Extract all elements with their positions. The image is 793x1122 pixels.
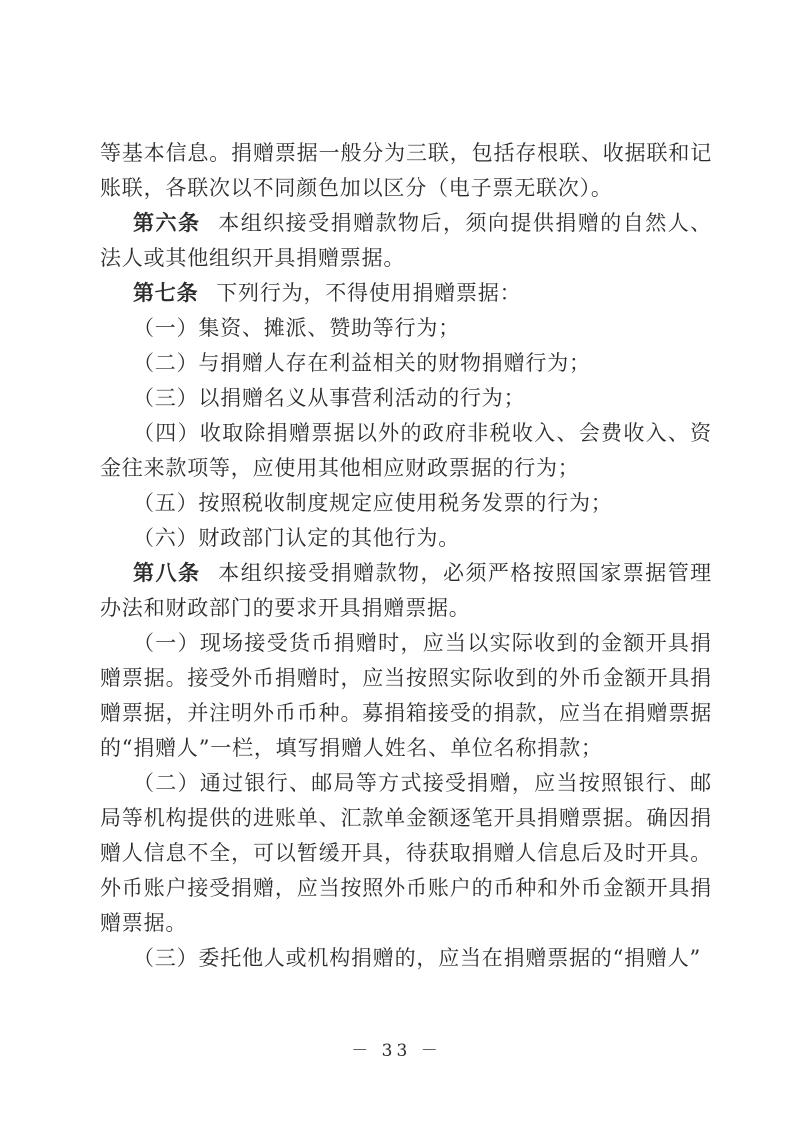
article-heading: 第六条 — [133, 211, 200, 235]
paragraph: 第七条下列行为，不得使用捐赠票据： — [100, 276, 712, 311]
paragraph: （一）现场接受货币捐赠时，应当以实际收到的金额开具捐赠票据。接受外币捐赠时，应当… — [100, 626, 712, 766]
paragraph: （一）集资、摊派、赞助等行为； — [100, 311, 712, 346]
paragraph: （六）财政部门认定的其他行为。 — [100, 521, 712, 556]
article-heading: 第七条 — [133, 281, 198, 305]
paragraph: 第八条本组织接受捐赠款物，必须严格按照国家票据管理办法和财政部门的要求开具捐赠票… — [100, 556, 712, 626]
paragraph: （四）收取除捐赠票据以外的政府非税收入、会费收入、资金往来款项等，应使用其他相应… — [100, 416, 712, 486]
paragraph: 第六条本组织接受捐赠款物后，须向提供捐赠的自然人、法人或其他组织开具捐赠票据。 — [100, 206, 712, 276]
document-body: 等基本信息。捐赠票据一般分为三联，包括存根联、收据联和记账联，各联次以不同颜色加… — [100, 136, 712, 976]
paragraph: （五）按照税收制度规定应使用税务发票的行为； — [100, 486, 712, 521]
page-number: － 33 － — [0, 1036, 793, 1061]
paragraph: （三）委托他人或机构捐赠的，应当在捐赠票据的“捐赠人” — [100, 941, 712, 976]
article-heading: 第八条 — [133, 561, 200, 585]
document-page: 等基本信息。捐赠票据一般分为三联，包括存根联、收据联和记账联，各联次以不同颜色加… — [0, 0, 793, 1122]
paragraph: 等基本信息。捐赠票据一般分为三联，包括存根联、收据联和记账联，各联次以不同颜色加… — [100, 136, 712, 206]
paragraph: （二）通过银行、邮局等方式接受捐赠，应当按照银行、邮局等机构提供的进账单、汇款单… — [100, 766, 712, 941]
paragraph: （二）与捐赠人存在利益相关的财物捐赠行为； — [100, 346, 712, 381]
paragraph: （三）以捐赠名义从事营利活动的行为； — [100, 381, 712, 416]
